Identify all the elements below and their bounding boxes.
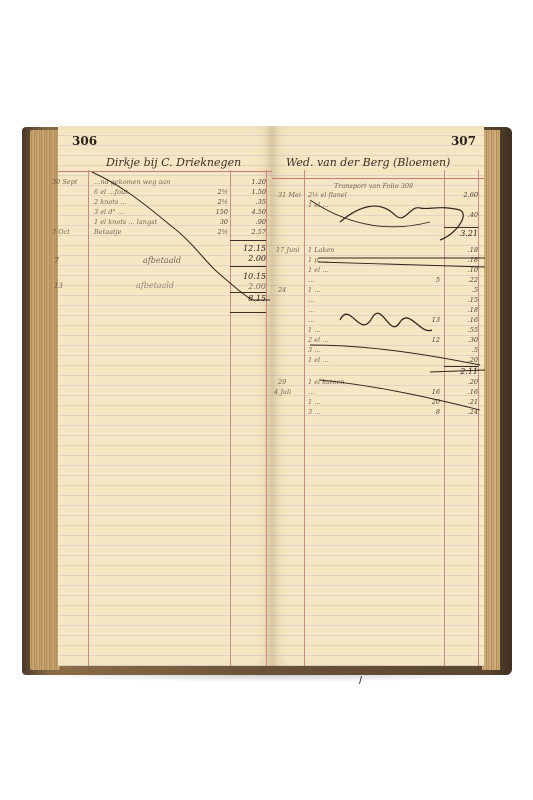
entry-text: 3 el d° … <box>94 208 124 216</box>
entry-amount: .5 <box>448 346 478 354</box>
closing-rule <box>230 312 266 313</box>
entry-text: 1 el … <box>308 201 329 209</box>
left-page: 306 Dirkje bij C. Drieknegen 30 Sept …na… <box>58 126 272 666</box>
entry-text: 2 knots … <box>94 198 127 206</box>
entry-amount: .16 <box>448 388 478 396</box>
entry-qty: 2½ <box>208 228 228 236</box>
entry-qty: 20 <box>422 398 440 406</box>
entry-amount: 2.00 <box>230 282 266 291</box>
entry-amount: 1.20 <box>234 178 266 186</box>
entry-amount: .5 <box>448 286 478 294</box>
entry-text: Transport van Folio 308 <box>334 182 413 190</box>
subtotal-rule <box>230 292 266 293</box>
entry-amount: .24 <box>448 408 478 416</box>
entry-amount: .40 <box>448 211 478 219</box>
entry-qty: 30 <box>208 218 228 226</box>
entry-text: 6 el …fout <box>94 188 128 196</box>
entry-text: 1 el knots … langst <box>94 218 157 226</box>
page-number: 306 <box>72 134 97 148</box>
entry-qty: 16 <box>422 388 440 396</box>
entry-qty: 5 <box>422 276 440 284</box>
entry-date: 31 Mei <box>278 191 301 199</box>
header-rule <box>58 171 272 172</box>
right-page: 307 Wed. van der Berg (Bloemen) Transpor… <box>272 126 484 666</box>
entry-amount: .10 <box>448 266 478 274</box>
entry-text: … <box>308 316 315 324</box>
entry-text: 1 Laken <box>308 246 334 254</box>
subtotal-amount: 12.15 <box>230 244 266 253</box>
entry-date: 29 <box>278 378 286 386</box>
subtotal-rule <box>230 266 266 267</box>
entry-amount: 4.50 <box>234 208 266 216</box>
entry-text: 1 el katoen <box>308 378 345 386</box>
page-number: 307 <box>451 134 476 148</box>
entry-text: afbetaald <box>143 256 181 265</box>
entry-amount: .18 <box>448 306 478 314</box>
amount-column-rule <box>444 170 445 666</box>
entry-text: 1 p. … <box>308 256 329 264</box>
entry-text: … <box>308 306 315 314</box>
subtotal-rule <box>444 227 478 228</box>
entry-text: Betaatje <box>94 228 121 236</box>
entry-text: … <box>308 296 315 304</box>
entry-amount: .16 <box>448 316 478 324</box>
entry-amount: .22 <box>448 276 478 284</box>
page-edges-right <box>482 130 500 670</box>
entry-amount: 2.57 <box>234 228 266 236</box>
entry-amount: 1.50 <box>234 188 266 196</box>
margin-rule <box>478 170 479 666</box>
entry-text: 1 … <box>308 326 321 334</box>
entry-amount: .55 <box>448 326 478 334</box>
entry-amount: 2.00 <box>230 254 266 263</box>
entry-amount: .20 <box>448 378 478 386</box>
entry-amount: .35 <box>234 198 266 206</box>
entry-qty: 13 <box>422 316 440 324</box>
date-column-rule <box>88 170 89 666</box>
subtotal-amount: 10.15 <box>230 272 266 281</box>
account-title: Wed. van der Berg (Bloemen) <box>286 156 450 169</box>
entry-text: 2 el … <box>308 336 329 344</box>
entry-text: 1 el … <box>308 356 329 364</box>
entry-text: 3 … <box>308 346 321 354</box>
entry-qty: 150 <box>208 208 228 216</box>
entry-text: …na gekomen weg aan <box>94 178 170 186</box>
entry-text: 1 … <box>308 286 321 294</box>
entry-date: 13 <box>54 282 63 290</box>
account-title: Dirkje bij C. Drieknegen <box>106 156 241 169</box>
date-column-rule <box>304 170 305 666</box>
entry-qty: 8 <box>422 408 440 416</box>
subtotal-rule <box>230 240 266 241</box>
entry-date: 17 Juni <box>276 246 299 254</box>
entry-amount: 2.60 <box>448 191 478 199</box>
entry-text: 1 el … <box>308 266 329 274</box>
entry-text: … <box>308 276 315 284</box>
entry-amount: .30 <box>448 336 478 344</box>
entry-text: 1 … <box>308 398 321 406</box>
entry-date: 7 Oct <box>52 228 70 236</box>
entry-amount: .18 <box>448 246 478 254</box>
entry-qty: 2½ <box>208 188 228 196</box>
entry-amount: .18 <box>448 256 478 264</box>
entry-text: afbetaald <box>136 281 174 290</box>
entry-amount: .20 <box>448 356 478 364</box>
entry-date: 30 Sept <box>52 178 77 186</box>
subtotal-amount: 3.21 <box>444 229 478 238</box>
margin-rule <box>266 170 267 666</box>
final-balance: 8.15 <box>230 294 266 303</box>
entry-date: 4 Juli <box>274 388 291 396</box>
subtotal-amount: 2.11 <box>444 367 478 376</box>
entry-qty: 2½ <box>208 198 228 206</box>
entry-date: 7 <box>54 256 59 265</box>
entry-amount: .15 <box>448 296 478 304</box>
page-edges-left <box>30 130 60 670</box>
entry-amount: .90 <box>234 218 266 226</box>
entry-text: 2½ el flanel <box>308 191 347 199</box>
entry-text: … <box>308 388 315 396</box>
entry-date: 24 <box>278 286 286 294</box>
entry-qty: 12 <box>422 336 440 344</box>
entry-text: 3 … <box>308 408 321 416</box>
entry-amount: .21 <box>448 398 478 406</box>
